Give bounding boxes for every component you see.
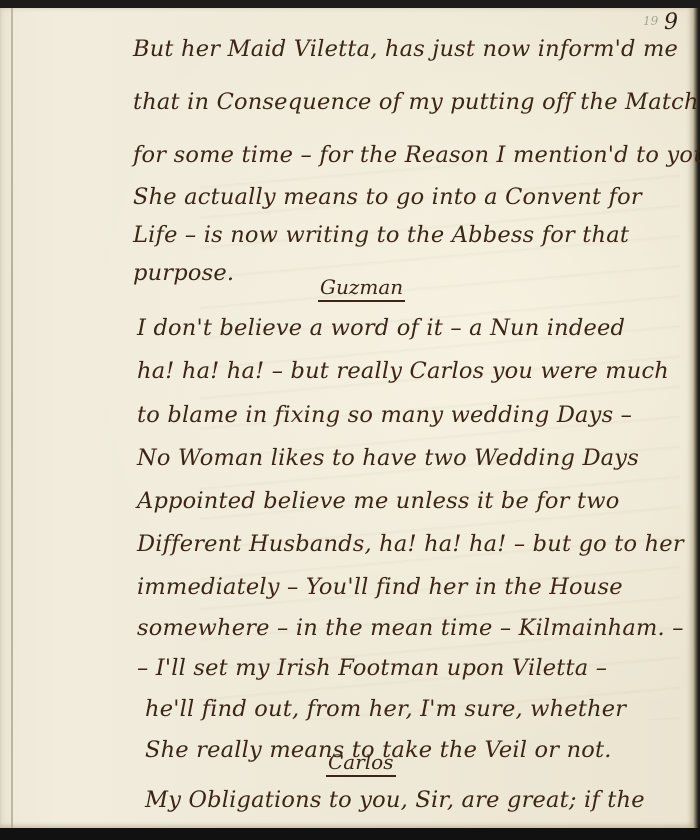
manuscript-line: to blame in fixing so many wedding Days … [137, 402, 632, 428]
manuscript-line: – I'll set my Irish Footman upon Viletta… [137, 655, 607, 681]
pencil-folio-number: 19 [643, 14, 658, 28]
speaker-heading-carlos: Carlos [326, 750, 396, 777]
manuscript-line: purpose. [133, 260, 234, 286]
binding-gutter [11, 8, 13, 828]
manuscript-line: But her Maid Viletta, has just now infor… [133, 36, 678, 62]
manuscript-line: Appointed believe me unless it be for tw… [137, 488, 619, 514]
manuscript-line: No Woman likes to have two Wedding Days [137, 445, 639, 471]
page-right-edge [693, 8, 700, 828]
manuscript-line: My Obligations to you, Sir, are great; i… [145, 787, 645, 813]
manuscript-line: She actually means to go into a Convent … [133, 184, 642, 210]
manuscript-line: Different Husbands, ha! ha! ha! – but go… [137, 531, 684, 557]
manuscript-line: that in Consequence of my putting off th… [133, 89, 699, 115]
ink-page-number: 9 [664, 10, 678, 35]
manuscript-line: he'll find out, from her, I'm sure, whet… [145, 696, 626, 722]
manuscript-line: Life – is now writing to the Abbess for … [133, 222, 629, 248]
manuscript-line: ha! ha! ha! – but really Carlos you were… [137, 358, 669, 384]
speaker-heading-guzman: Guzman [318, 275, 405, 302]
manuscript-line: somewhere – in the mean time – Kilmainha… [137, 615, 684, 641]
bottom-frame-edge [0, 828, 700, 840]
manuscript-line: immediately – You'll find her in the Hou… [137, 574, 623, 600]
manuscript-line: for some time – for the Reason I mention… [133, 142, 700, 168]
manuscript-line: I don't believe a word of it – a Nun ind… [137, 315, 625, 341]
